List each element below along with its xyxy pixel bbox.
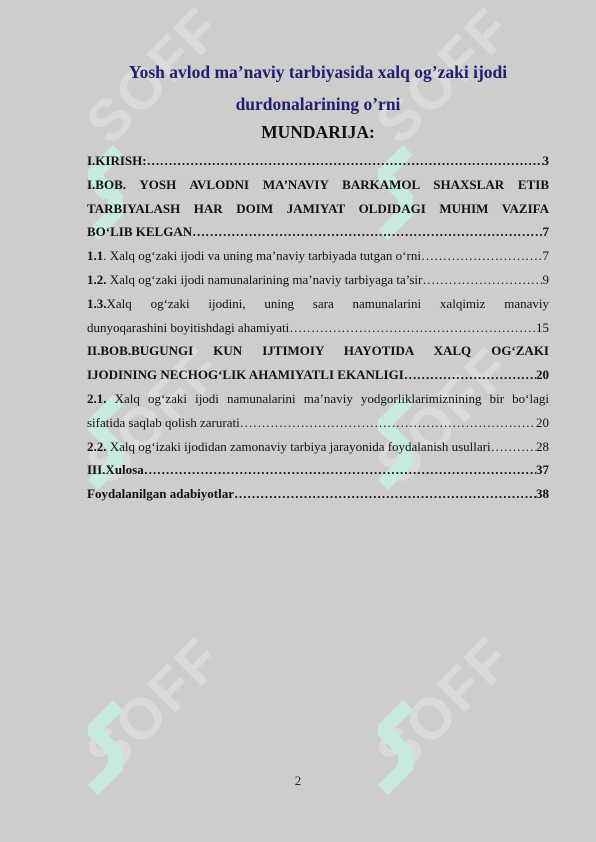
toc-entry-adabiyotlar[interactable]: Foydalanilgan adabiyotlar 38 [87, 482, 549, 506]
title-line-1: Yosh avlod ma’naviy tarbiyasida xalq og’… [87, 57, 549, 87]
page-number: 2 [0, 773, 596, 789]
watermark-text: SOFF [73, 625, 235, 787]
toc-page: 20 [536, 363, 549, 387]
watermark-text: SOFF [363, 625, 525, 787]
toc-page: 37 [536, 458, 549, 482]
toc-page: 7 [543, 244, 550, 268]
toc-heading: MUNDARIJA: [87, 121, 549, 143]
title-line-2: durdonalarining o’rni [87, 89, 549, 119]
toc-entry-bob-1[interactable]: I.BOB. YOSH AVLODNI MA’NAVIY BARKAMOL SH… [87, 173, 549, 244]
toc-page: 15 [536, 316, 549, 340]
toc-entry-2-1[interactable]: 2.1. Xalq og‘zaki ijodi namunalarini ma’… [87, 387, 549, 435]
document-page: Yosh avlod ma’naviy tarbiyasida xalq og’… [87, 55, 549, 506]
toc-page: 28 [536, 435, 549, 459]
toc-entry-1-3[interactable]: 1.3.Xalq og‘zaki ijodini, uning sara nam… [87, 292, 549, 340]
toc-page: 7 [543, 220, 550, 244]
toc-page: 20 [536, 411, 549, 435]
toc-page: 3 [543, 149, 550, 173]
toc-entry-1-1[interactable]: 1.1. Xalq og‘zaki ijodi va uning ma’navi… [87, 244, 549, 268]
document-title: Yosh avlod ma’naviy tarbiyasida xalq og’… [87, 57, 549, 119]
toc-entry-1-2[interactable]: 1.2. Xalq og‘zaki ijodi namunalarining m… [87, 268, 549, 292]
toc-page: 38 [536, 482, 549, 506]
toc-entry-bob-2[interactable]: II.BOB.BUGUNGI KUN IJTIMOIY HAYOTIDA XAL… [87, 339, 549, 387]
toc-entry-xulosa[interactable]: III.Xulosa37 [87, 458, 549, 482]
table-of-contents: I.KIRISH:3 I.BOB. YOSH AVLODNI MA’NAVIY … [87, 149, 549, 506]
toc-page: 9 [543, 268, 550, 292]
toc-entry-kirish[interactable]: I.KIRISH:3 [87, 149, 549, 173]
toc-entry-2-2[interactable]: 2.2. Xalq og‘izaki ijodidan zamonaviy ta… [87, 435, 549, 459]
